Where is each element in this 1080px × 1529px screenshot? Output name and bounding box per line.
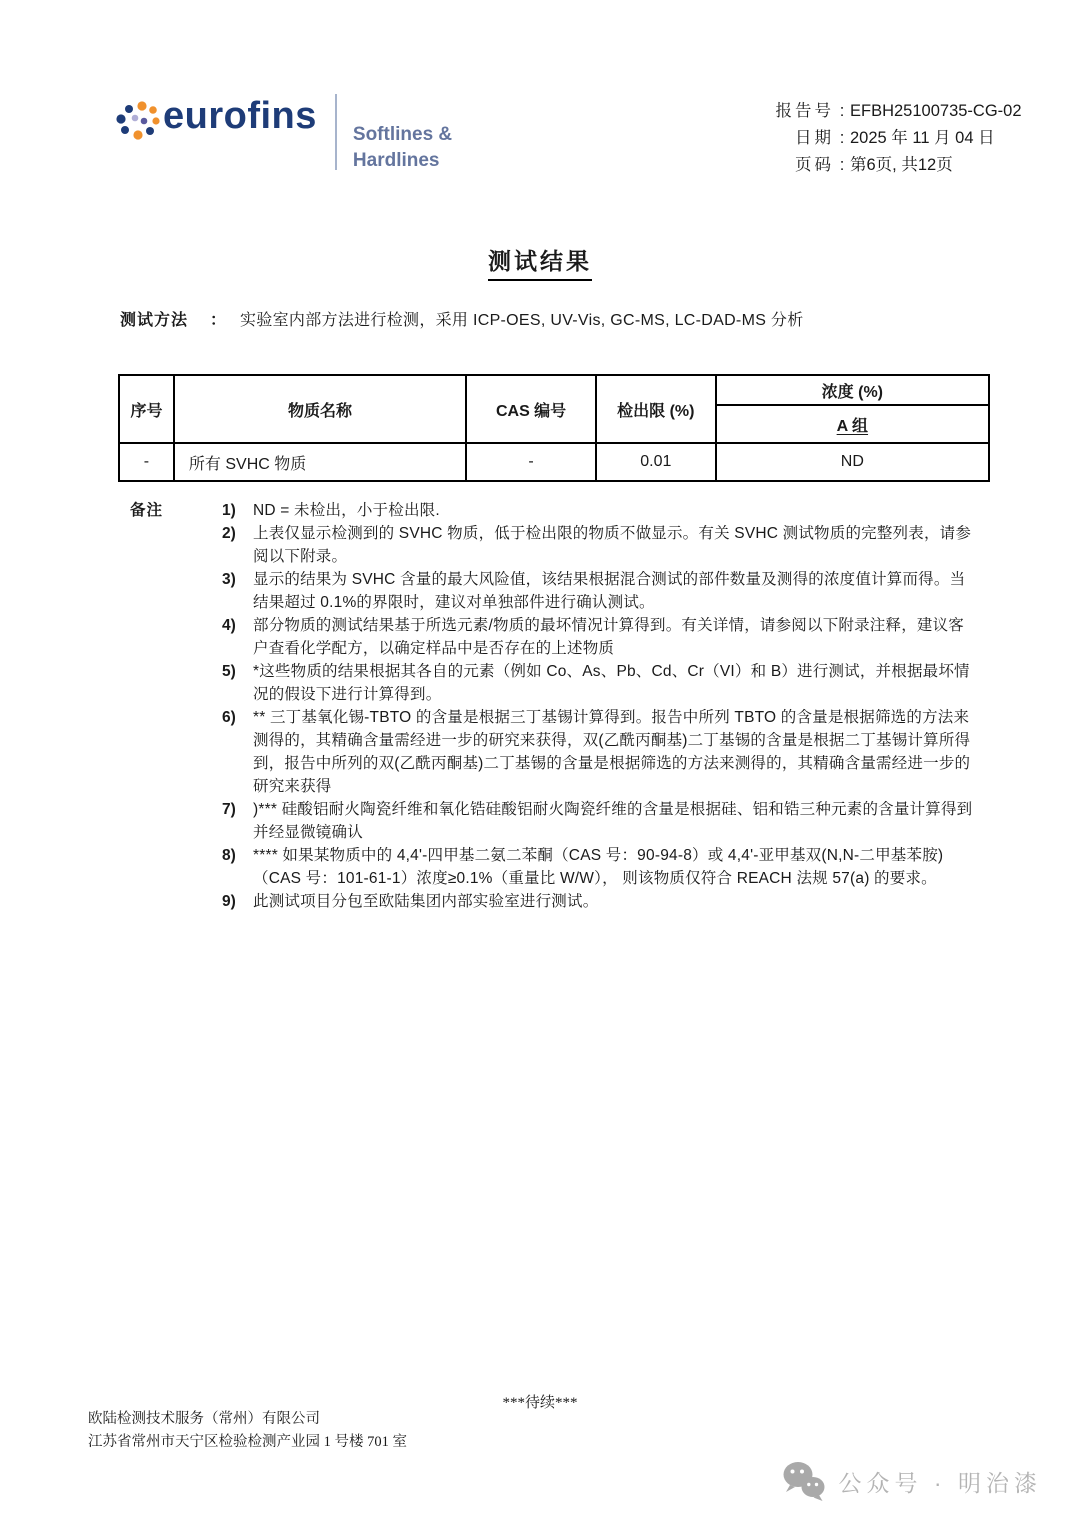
note-text: 部分物质的测试结果基于所选元素/物质的最坏情况计算得到。有关详情，请参阅以下附录… — [253, 614, 975, 660]
results-table: 序号 物质名称 CAS 编号 检出限 (%) 浓度 (%) A 组 - 所有 S… — [118, 374, 990, 482]
note-number: 7) — [222, 798, 253, 844]
table-header-concentration: 浓度 (%) — [716, 375, 989, 405]
note-number: 3) — [222, 568, 253, 614]
table-header-cas: CAS 编号 — [466, 375, 596, 443]
note-number: 1) — [222, 499, 253, 522]
note-item: 1) ND = 未检出，小于检出限. — [222, 499, 975, 522]
table-row: - 所有 SVHC 物质 - 0.01 ND — [119, 443, 989, 481]
group-a-label: A 组 — [837, 418, 868, 435]
report-date-row: 日期 : 2025 年 11 月 04 日 — [760, 125, 1022, 152]
table-cell-cas: - — [466, 443, 596, 481]
title-wrap: 测试结果 — [0, 243, 1080, 281]
note-number: 2) — [222, 522, 253, 568]
test-method-text: 实验室内部方法进行检测，采用 ICP-OES, UV-Vis, GC-MS, L… — [240, 310, 803, 332]
report-page-label: 页码 — [760, 152, 834, 179]
colon: ： — [210, 310, 226, 332]
note-text: 上表仅显示检测到的 SVHC 物质，低于检出限的物质不做显示。有关 SVHC 测… — [253, 522, 975, 568]
notes-section: 备注 1) ND = 未检出，小于检出限. 2) 上表仅显示检测到的 SVHC … — [130, 499, 975, 913]
note-text: 显示的结果为 SVHC 含量的最大风险值，该结果根据混合测试的部件数量及测得的浓… — [253, 568, 975, 614]
division-line1: Softlines & — [353, 122, 452, 148]
notes-label: 备注 — [130, 499, 222, 913]
company-name: 欧陆检测技术服务（常州）有限公司 — [88, 1408, 407, 1431]
report-number-label: 报告号 — [760, 98, 834, 125]
note-number: 4) — [222, 614, 253, 660]
note-text: )*** 硅酸铝耐火陶瓷纤维和氧化锆硅酸铝耐火陶瓷纤维的含量是根据硅、铝和锆三种… — [253, 798, 975, 844]
table-header-no: 序号 — [119, 375, 174, 443]
watermark-text: 公众号 · 明治漆 — [839, 1465, 1042, 1498]
report-page-value: 第6页, 共12页 — [850, 152, 953, 179]
note-text: ND = 未检出，小于检出限. — [253, 499, 975, 522]
division-line2: Hardlines — [353, 148, 452, 174]
report-number-row: 报告号 : EFBH25100735-CG-02 — [760, 98, 1022, 125]
note-text: ** 三丁基氧化锡-TBTO 的含量是根据三丁基锡计算得到。报告中所列 TBTO… — [253, 706, 975, 798]
table-cell-limit: 0.01 — [596, 443, 716, 481]
table-header-limit: 检出限 (%) — [596, 375, 716, 443]
note-text: **** 如果某物质中的 4,4'-四甲基二氨二苯酮（CAS 号：90-94-8… — [253, 844, 975, 890]
report-info: 报告号 : EFBH25100735-CG-02 日期 : 2025 年 11 … — [760, 98, 1022, 179]
report-date-value: 2025 年 11 月 04 日 — [850, 125, 995, 152]
note-number: 5) — [222, 660, 253, 706]
table-header-substance: 物质名称 — [174, 375, 466, 443]
test-method-label: 测试方法 — [120, 310, 188, 332]
note-item: 7) )*** 硅酸铝耐火陶瓷纤维和氧化锆硅酸铝耐火陶瓷纤维的含量是根据硅、铝和… — [222, 798, 975, 844]
eurofins-dots-icon — [113, 94, 161, 146]
report-page: eurofins Softlines & Hardlines 报告号 : EFB… — [0, 0, 1080, 1529]
colon: : — [834, 152, 850, 179]
company-address: 江苏省常州市天宁区检验检测产业园 1 号楼 701 室 — [88, 1431, 407, 1454]
eurofins-logo: eurofins Softlines & Hardlines — [113, 92, 452, 174]
colon: : — [834, 125, 850, 152]
note-text: *这些物质的结果根据其各自的元素（例如 Co、As、Pb、Cd、Cr（VI）和 … — [253, 660, 975, 706]
table-header-group: A 组 — [716, 405, 989, 443]
note-item: 6) ** 三丁基氧化锡-TBTO 的含量是根据三丁基锡计算得到。报告中所列 T… — [222, 706, 975, 798]
report-page-row: 页码 : 第6页, 共12页 — [760, 152, 1022, 179]
note-item: 4) 部分物质的测试结果基于所选元素/物质的最坏情况计算得到。有关详情，请参阅以… — [222, 614, 975, 660]
logo-divider — [335, 94, 337, 170]
wechat-icon — [781, 1460, 827, 1502]
report-number-value: EFBH25100735-CG-02 — [850, 98, 1022, 125]
note-item: 5) *这些物质的结果根据其各自的元素（例如 Co、As、Pb、Cd、Cr（VI… — [222, 660, 975, 706]
table-cell-no: - — [119, 443, 174, 481]
note-item: 8) **** 如果某物质中的 4,4'-四甲基二氨二苯酮（CAS 号：90-9… — [222, 844, 975, 890]
page-title: 测试结果 — [488, 243, 592, 281]
colon: : — [834, 98, 850, 125]
notes-list: 1) ND = 未检出，小于检出限. 2) 上表仅显示检测到的 SVHC 物质，… — [222, 499, 975, 913]
test-method-row: 测试方法 ： 实验室内部方法进行检测，采用 ICP-OES, UV-Vis, G… — [120, 310, 804, 332]
note-item: 3) 显示的结果为 SVHC 含量的最大风险值，该结果根据混合测试的部件数量及测… — [222, 568, 975, 614]
note-number: 9) — [222, 890, 253, 913]
brand-wordmark: eurofins — [163, 92, 317, 140]
table-cell-concentration: ND — [716, 443, 989, 481]
footer-company-block: 欧陆检测技术服务（常州）有限公司 江苏省常州市天宁区检验检测产业园 1 号楼 7… — [88, 1408, 407, 1454]
table-cell-substance: 所有 SVHC 物质 — [174, 443, 466, 481]
note-text: 此测试项目分包至欧陆集团内部实验室进行测试。 — [253, 890, 975, 913]
note-number: 6) — [222, 706, 253, 798]
note-item: 9) 此测试项目分包至欧陆集团内部实验室进行测试。 — [222, 890, 975, 913]
division-name: Softlines & Hardlines — [353, 92, 452, 174]
wechat-watermark: 公众号 · 明治漆 — [781, 1460, 1042, 1502]
note-item: 2) 上表仅显示检测到的 SVHC 物质，低于检出限的物质不做显示。有关 SVH… — [222, 522, 975, 568]
note-number: 8) — [222, 844, 253, 890]
report-date-label: 日期 — [760, 125, 834, 152]
